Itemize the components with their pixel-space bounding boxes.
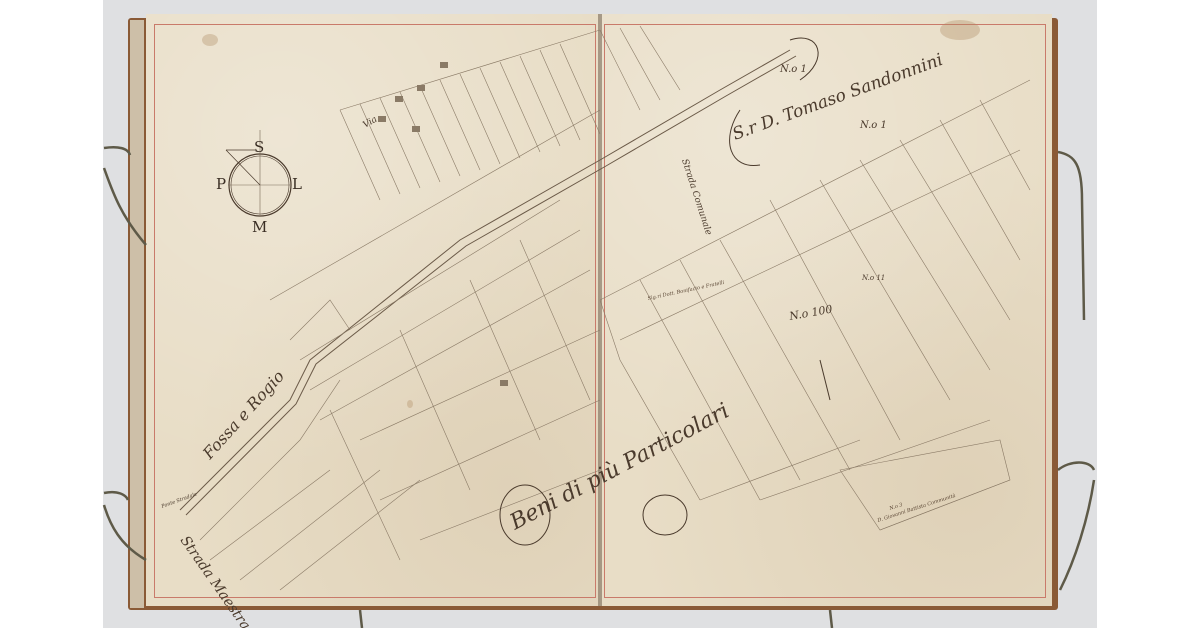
estate-label-beni: Beni di più Particolari xyxy=(505,398,733,535)
bridge-label: Ponte Stradale xyxy=(160,491,198,510)
parcel-label-center: N.o 100 xyxy=(787,303,833,324)
main-road xyxy=(180,50,796,515)
map-drawing: S P L M xyxy=(0,0,1200,628)
compass-west-label: P xyxy=(216,175,226,193)
compass-north-label: S xyxy=(254,138,264,156)
road-label-via: Via xyxy=(362,115,380,131)
road-label-strada-maestra: Strada Maestra xyxy=(177,533,254,628)
parcel-label-top: N.o 1 xyxy=(779,64,807,75)
compass-south-label: M xyxy=(252,218,267,236)
estate-label-sandonnini: S.r D. Tomaso Sandonnini xyxy=(730,50,946,145)
parcel-label-right: N.o 11 xyxy=(861,274,885,282)
road-label-vertical: Strada Comunale xyxy=(679,158,713,237)
note-bottom-right-b: D. Giovanni Battista Communità xyxy=(876,492,957,524)
parcel-lines xyxy=(200,26,1030,590)
compass-rose: S P L M xyxy=(216,130,302,236)
note-center: Sig.ri Dott. Bonifacio e Fratelli xyxy=(647,280,725,302)
parcel-label-top-b: N.o 1 xyxy=(859,120,887,131)
compass-east-label: L xyxy=(292,175,302,193)
